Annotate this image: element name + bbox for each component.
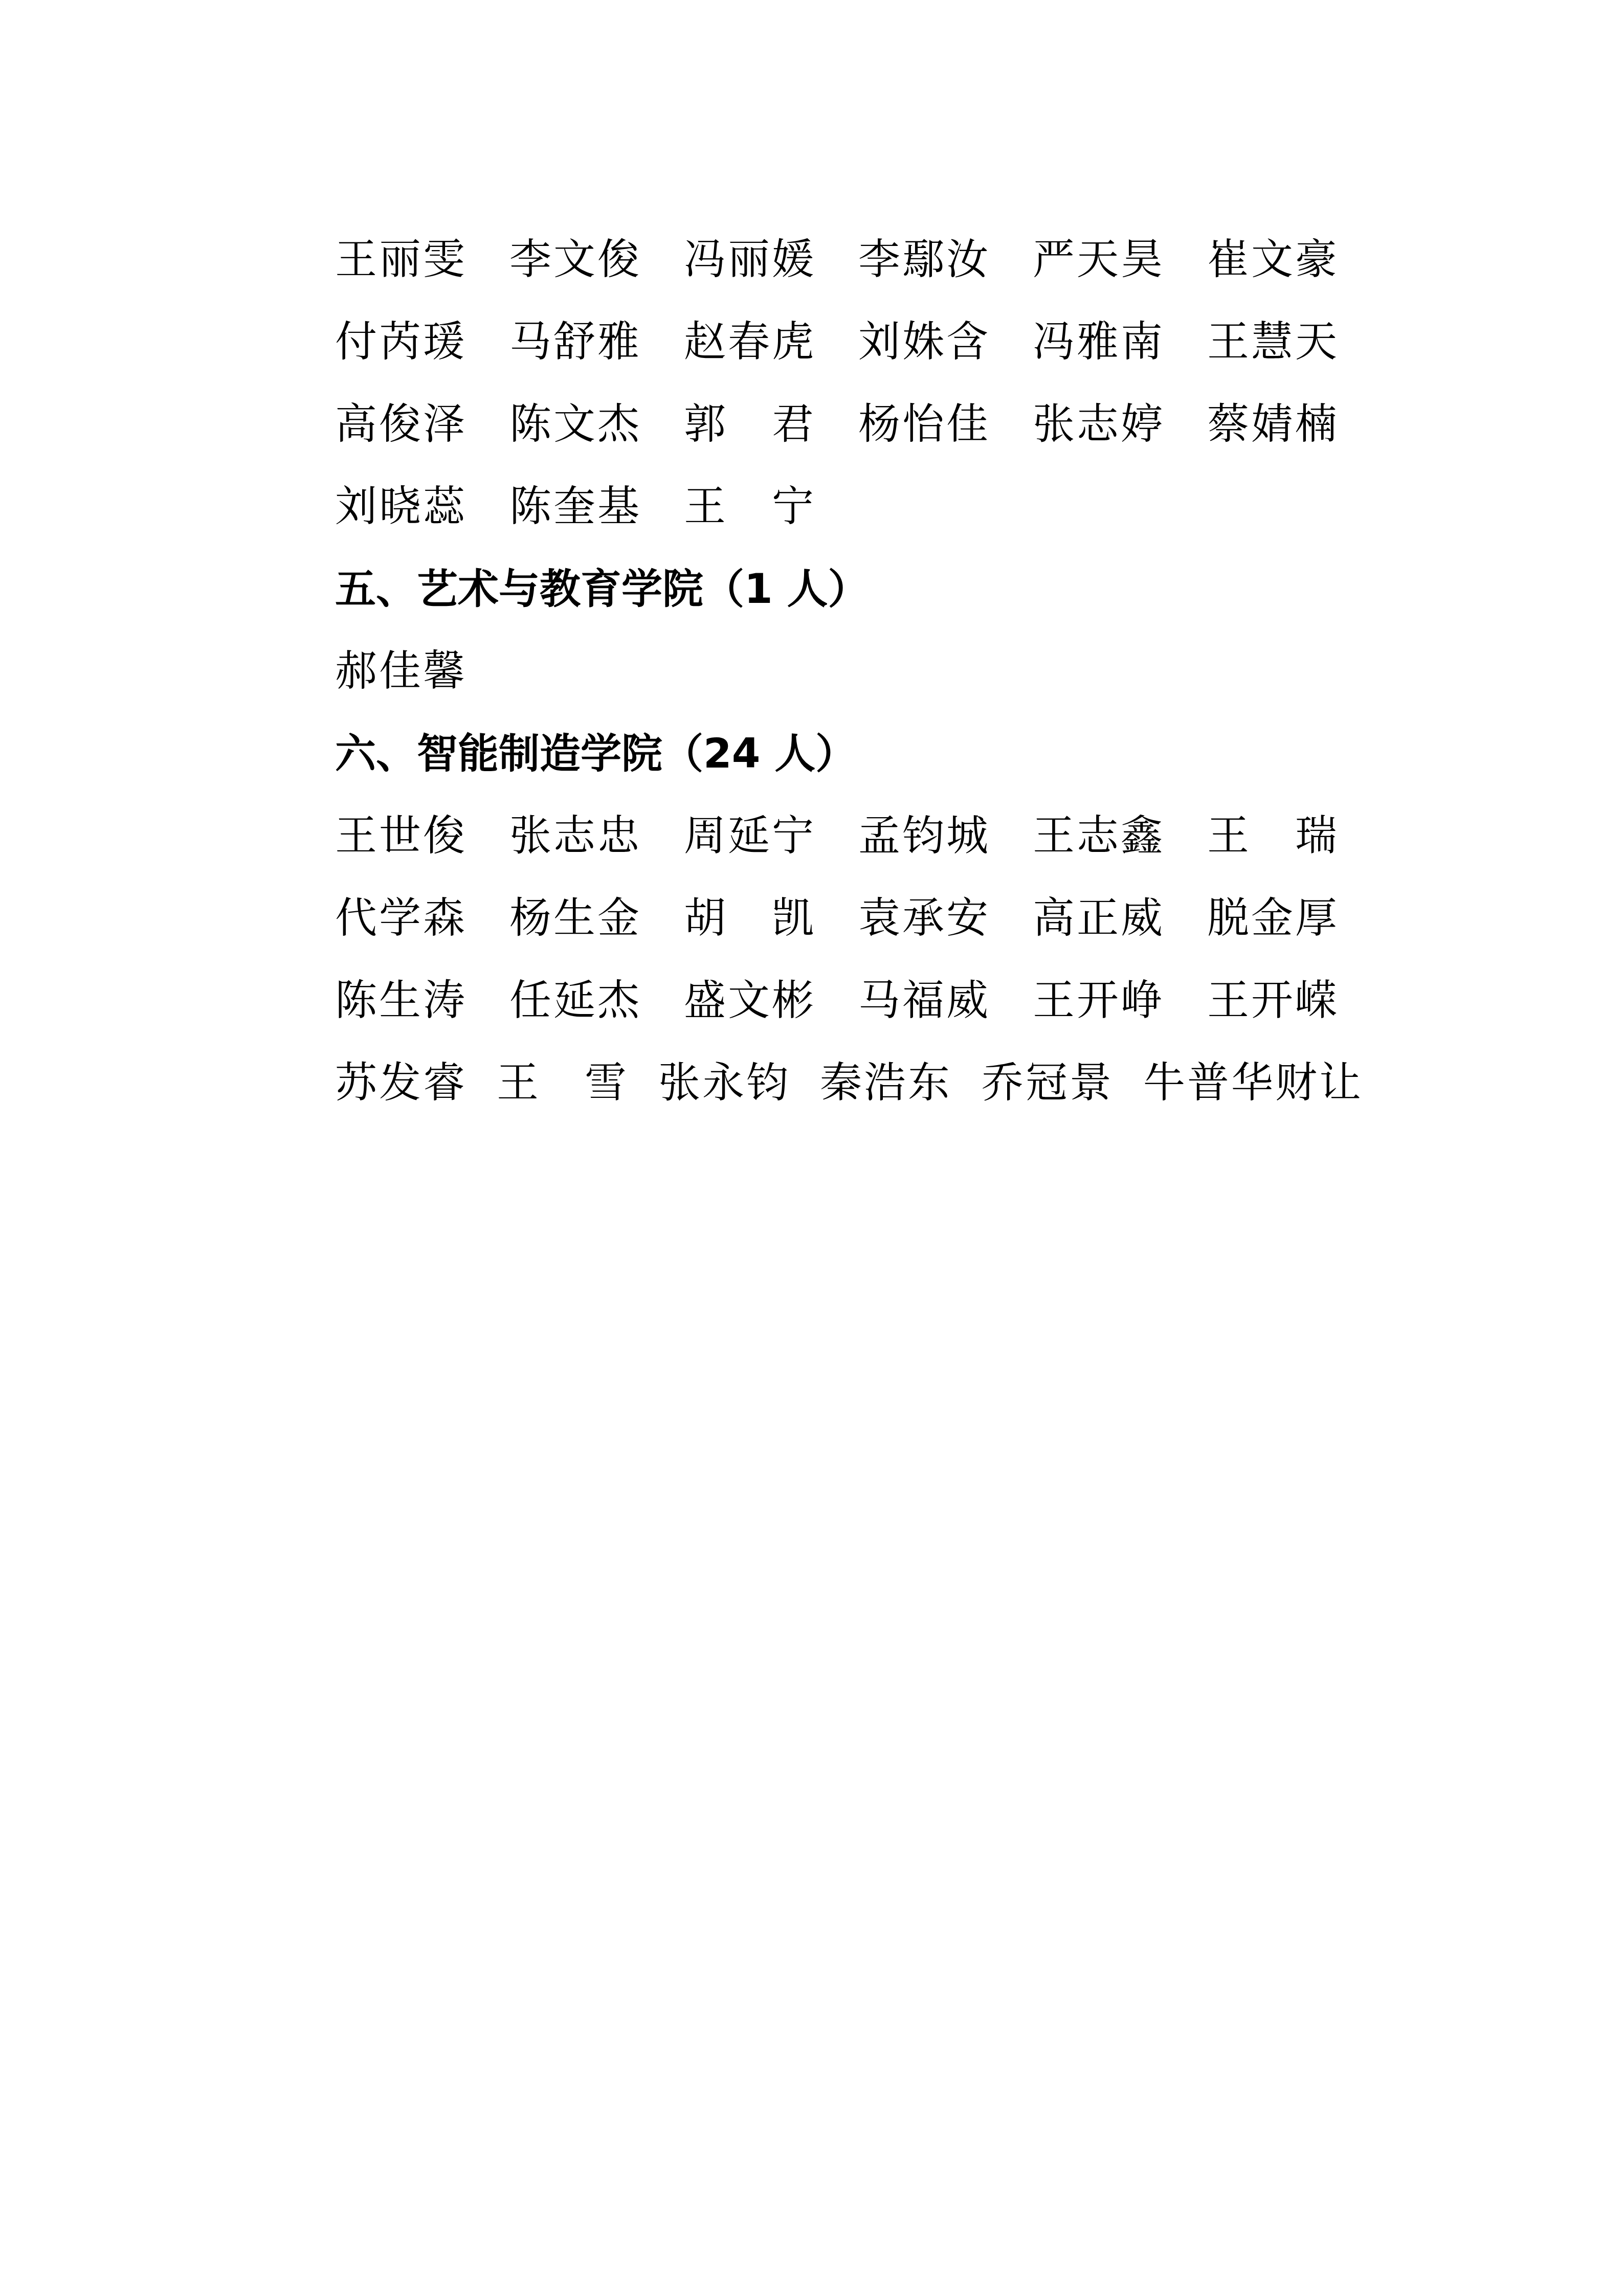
person-name: 袁承安 — [858, 885, 1033, 944]
document-page: 王丽雯 李文俊 冯丽媛 李鄢汝 严天昊 崔文豪 付芮瑗 马舒雅 赵春虎 刘姝含 … — [335, 215, 1460, 1120]
person-name: 苏发睿 — [335, 1049, 467, 1109]
person-name: 高正威 — [1033, 885, 1207, 944]
person-name: 王开嵘 — [1207, 967, 1382, 1027]
name-row: 陈生涛 任延杰 盛文彬 马福威 王开峥 王开嵘 — [335, 956, 1460, 1038]
person-name: 秦浩东 — [820, 1049, 952, 1109]
person-name: 任延杰 — [509, 967, 684, 1027]
person-name: 马福威 — [858, 967, 1033, 1027]
person-name: 张志忠 — [509, 802, 684, 862]
person-name: 杨怡佳 — [858, 391, 1033, 451]
person-name: 代学森 — [335, 885, 509, 944]
person-name: 胡 凯 — [684, 885, 858, 944]
name-row: 王世俊 张志忠 周延宁 孟钧城 王志鑫 王 瑞 — [335, 791, 1460, 873]
name-row: 郝佳馨 — [335, 626, 1460, 709]
section-heading: 五、艺术与教育学院（1 人） — [335, 544, 1460, 626]
name-row: 高俊泽 陈文杰 郭 君 杨怡佳 张志婷 蔡婧楠 — [335, 379, 1460, 462]
person-name: 蔡婧楠 — [1207, 391, 1382, 451]
person-name: 盛文彬 — [684, 967, 858, 1027]
section-art-education: 五、艺术与教育学院（1 人） 郝佳馨 — [335, 544, 1460, 709]
person-name: 陈生涛 — [335, 967, 509, 1027]
person-name: 杨生金 — [509, 885, 684, 944]
section-intelligent-manufacturing: 六、智能制造学院（24 人） 王世俊 张志忠 周延宁 孟钧城 王志鑫 王 瑞 代… — [335, 709, 1460, 1120]
person-name: 陈文杰 — [509, 391, 684, 451]
person-name: 冯雅南 — [1033, 308, 1207, 368]
name-row: 王丽雯 李文俊 冯丽媛 李鄢汝 严天昊 崔文豪 — [335, 215, 1460, 297]
person-name: 李鄢汝 — [858, 226, 1033, 286]
person-name: 王丽雯 — [335, 226, 509, 286]
person-name: 牛普华财让 — [1143, 1049, 1363, 1109]
person-name: 王慧天 — [1207, 308, 1382, 368]
person-name: 王 瑞 — [1207, 802, 1382, 862]
person-name: 王开峥 — [1033, 967, 1207, 1027]
name-row: 苏发睿 王 雪 张永钧 秦浩东 乔冠景 牛普华财让 — [335, 1038, 1460, 1120]
person-name: 乔冠景 — [982, 1049, 1114, 1109]
person-name: 张志婷 — [1033, 391, 1207, 451]
person-name: 崔文豪 — [1207, 226, 1382, 286]
person-name: 严天昊 — [1033, 226, 1207, 286]
person-name: 郭 君 — [684, 391, 858, 451]
person-name: 陈奎基 — [509, 473, 684, 533]
person-name: 王 雪 — [497, 1049, 629, 1109]
person-name: 王志鑫 — [1033, 802, 1207, 862]
person-name: 王 宁 — [684, 473, 858, 533]
name-row: 代学森 杨生金 胡 凯 袁承安 高正威 脱金厚 — [335, 873, 1460, 956]
person-name: 孟钧城 — [858, 802, 1033, 862]
person-name: 周延宁 — [684, 802, 858, 862]
name-row: 付芮瑗 马舒雅 赵春虎 刘姝含 冯雅南 王慧天 — [335, 297, 1460, 379]
person-name: 付芮瑗 — [335, 308, 509, 368]
person-name: 脱金厚 — [1207, 885, 1382, 944]
person-name: 王世俊 — [335, 802, 509, 862]
person-name: 马舒雅 — [509, 308, 684, 368]
person-name: 李文俊 — [509, 226, 684, 286]
section-continued-names: 王丽雯 李文俊 冯丽媛 李鄢汝 严天昊 崔文豪 付芮瑗 马舒雅 赵春虎 刘姝含 … — [335, 215, 1460, 544]
person-name: 张永钧 — [658, 1049, 790, 1109]
person-name: 郝佳馨 — [335, 638, 509, 697]
section-heading: 六、智能制造学院（24 人） — [335, 709, 1460, 791]
person-name: 刘晓蕊 — [335, 473, 509, 533]
name-row: 刘晓蕊 陈奎基 王 宁 — [335, 462, 1460, 544]
person-name: 刘姝含 — [858, 308, 1033, 368]
person-name: 冯丽媛 — [684, 226, 858, 286]
person-name: 高俊泽 — [335, 391, 509, 451]
person-name: 赵春虎 — [684, 308, 858, 368]
